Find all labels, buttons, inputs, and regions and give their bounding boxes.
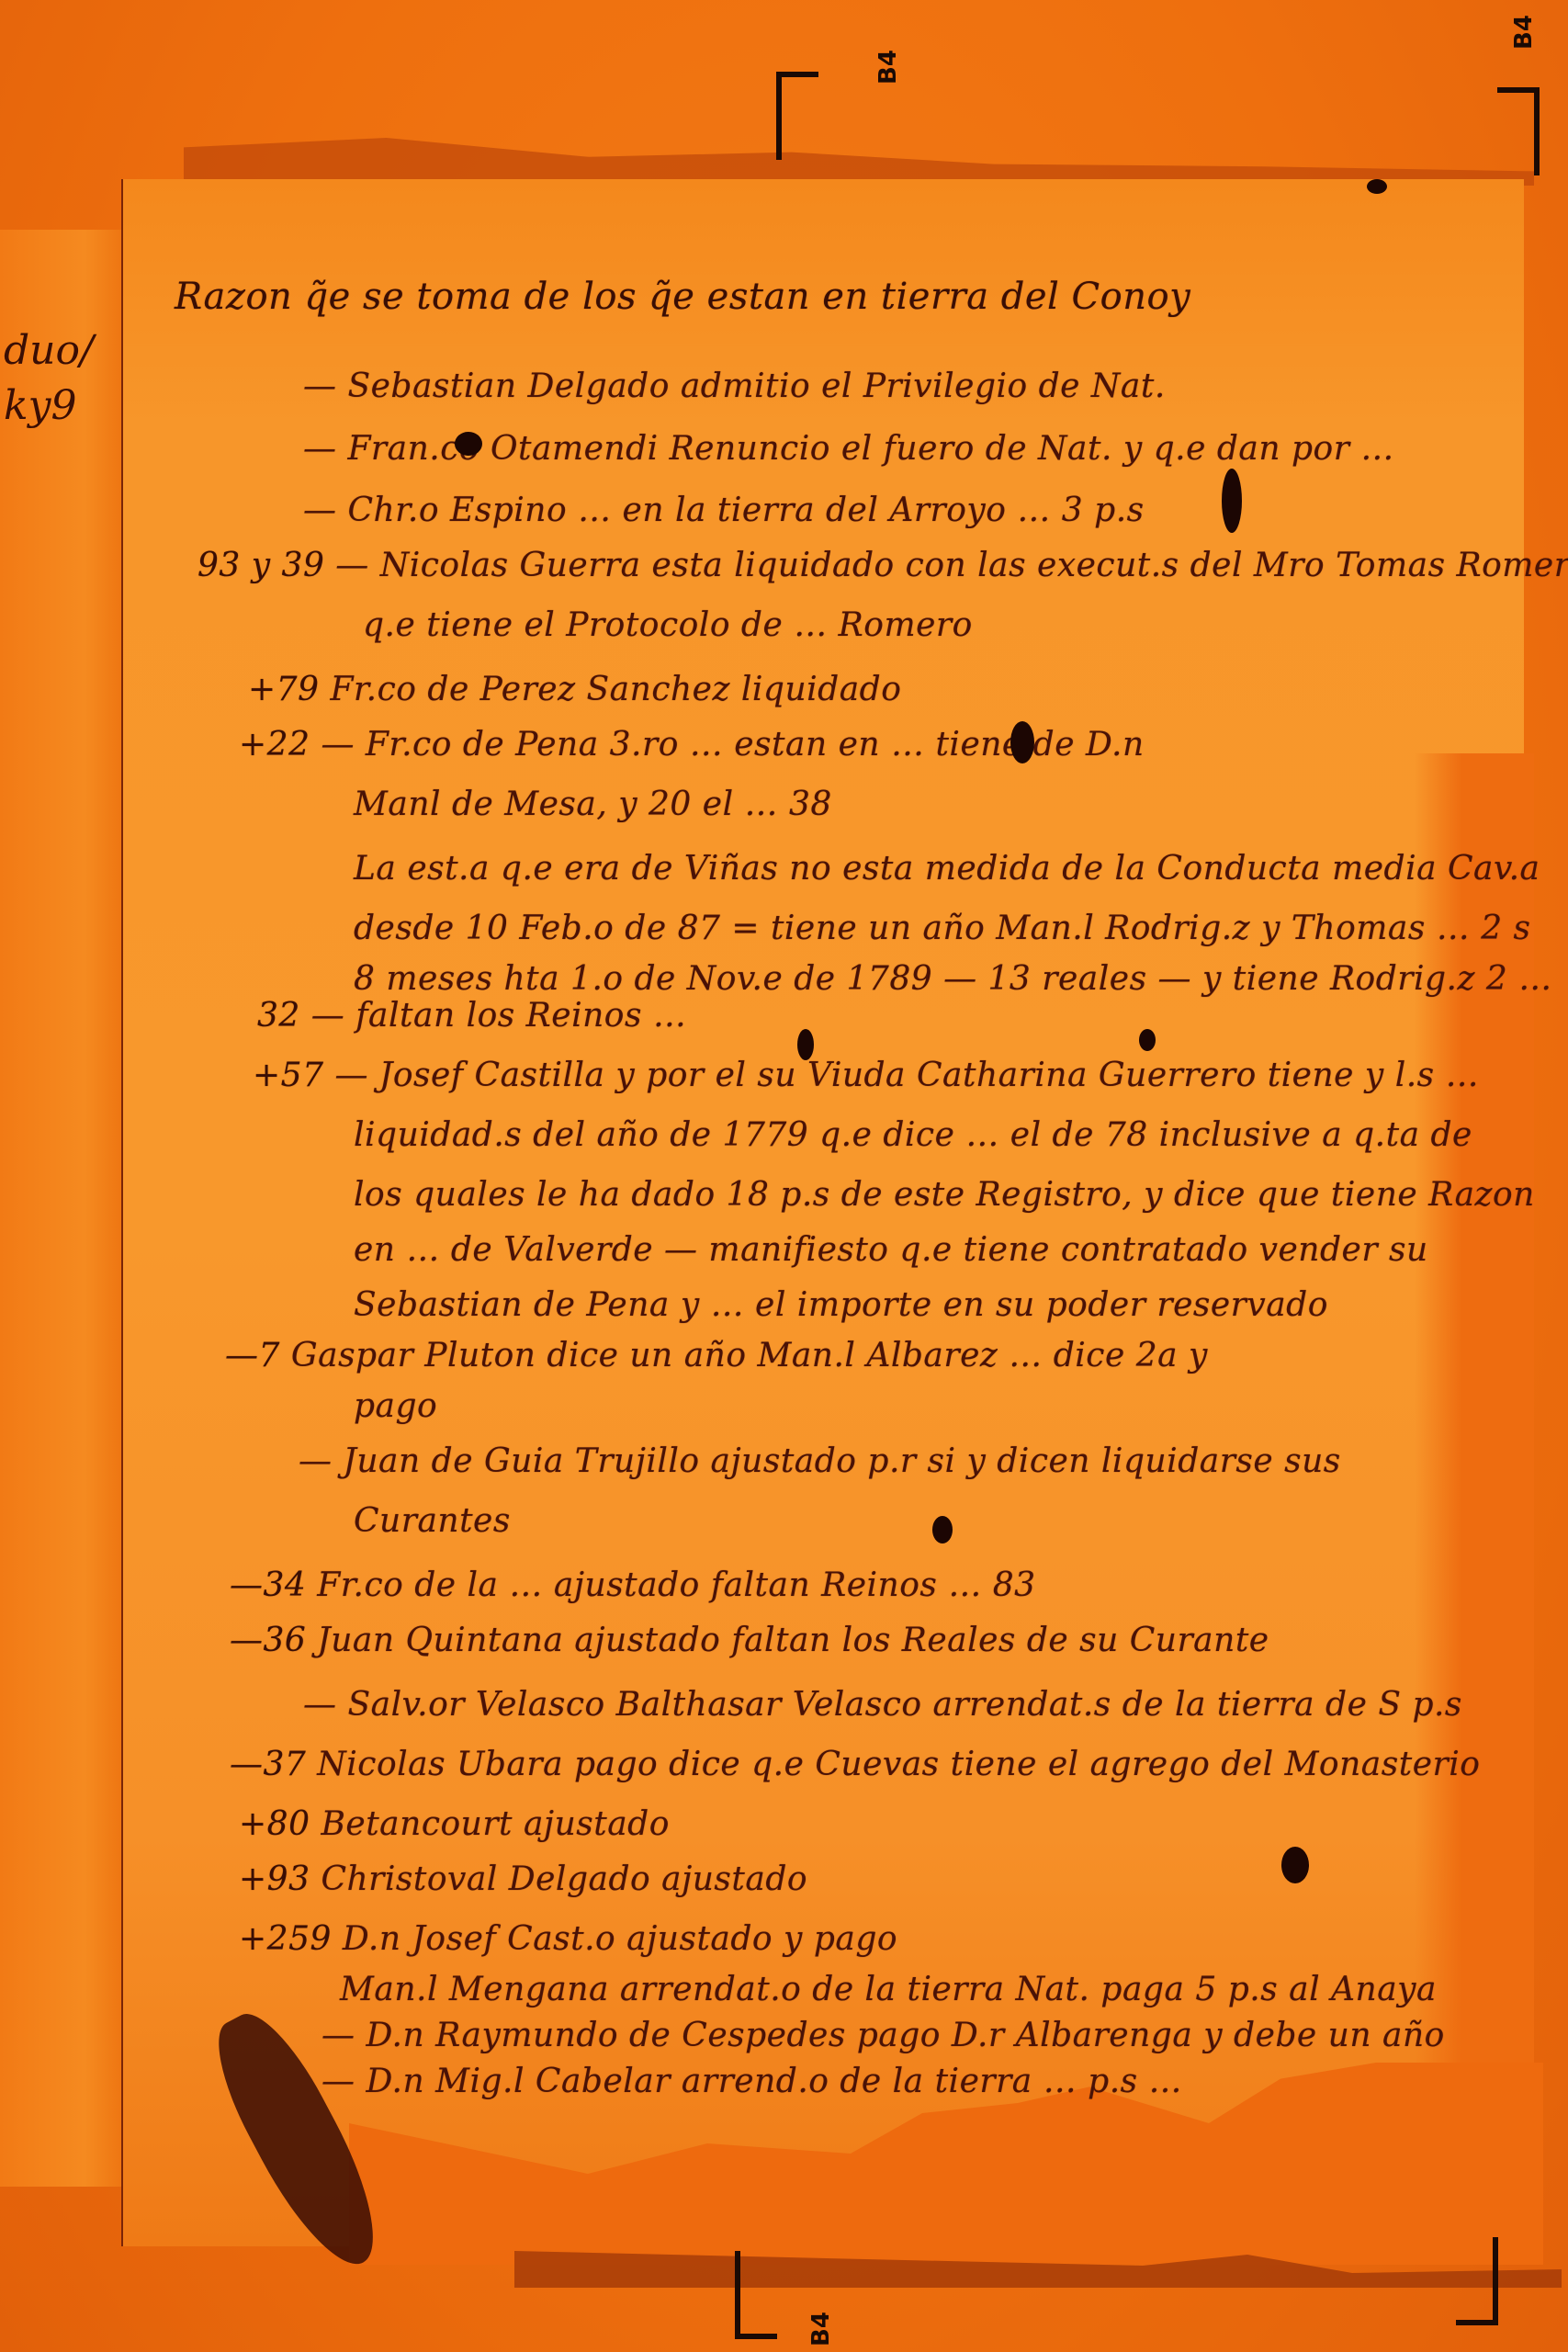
facing-page-fragment: ky9 — [4, 386, 77, 426]
ink-blot — [1222, 469, 1242, 533]
facing-page: duo/ ky9 — [0, 230, 124, 2187]
ink-blot — [1010, 721, 1034, 763]
entry-number: +259 — [239, 1920, 332, 1958]
entry-line: — Salv.or Velasco Balthasar Velasco arre… — [303, 1686, 1462, 1724]
entry-line: 8 meses hta 1.o de Nov.e de 1789 — 13 re… — [354, 960, 1552, 998]
entry-line: +22 — Fr.co de Pena 3.ro … estan en … ti… — [239, 726, 1145, 763]
entry-number: +80 — [239, 1805, 310, 1843]
entry-line: Curantes — [354, 1502, 511, 1540]
crop-label-top-left: B4 — [874, 50, 902, 85]
entry-line: —7 Gaspar Pluton dice un año Man.l Albar… — [225, 1337, 1208, 1374]
manuscript-title: Razon q̃e se toma de los q̃e estan en ti… — [175, 276, 1190, 318]
entry-line: Manl de Mesa, y 20 el … 38 — [354, 786, 832, 823]
entry-line: q.e tiene el Protocolo de … Romero — [363, 606, 973, 644]
entry-number: —34 — [230, 1566, 306, 1604]
entry-line: Man.l Mengana arrendat.o de la tierra Na… — [340, 1971, 1437, 2008]
entry-line: — D.n Mig.l Cabelar arrend.o de la tierr… — [321, 2063, 1182, 2100]
entry-line: — Juan de Guia Trujillo ajustado p.r si … — [299, 1442, 1341, 1480]
entry-number: +93 — [239, 1860, 310, 1898]
entry-number: +22 — [239, 726, 310, 763]
entry-line: 32 — faltan los Reinos … — [257, 997, 686, 1035]
entry-line: +79 Fr.co de Perez Sanchez liquidado — [248, 671, 901, 708]
entry-line: Sebastian de Pena y … el importe en su p… — [354, 1286, 1328, 1324]
entry-line: —34 Fr.co de la … ajustado faltan Reinos… — [230, 1566, 1036, 1604]
entry-number: 93 y 39 — [197, 547, 324, 584]
entry-line: +57 — Josef Castilla y por el su Viuda C… — [253, 1057, 1479, 1094]
entry-line: +93 Christoval Delgado ajustado — [239, 1860, 807, 1898]
entry-number: —7 — [225, 1337, 280, 1374]
entry-line: La est.a q.e era de Viñas no esta medida… — [354, 850, 1540, 888]
crop-mark-top-left — [776, 72, 818, 160]
entry-line: —36 Juan Quintana ajustado faltan los Re… — [230, 1622, 1269, 1659]
ink-blot — [797, 1029, 814, 1060]
crop-label-top-right: B4 — [1510, 15, 1538, 50]
entry-line: liquidad.s del año de 1779 q.e dice … el… — [354, 1116, 1472, 1154]
entry-line: —37 Nicolas Ubara pago dice q.e Cuevas t… — [230, 1746, 1480, 1783]
entry-number: +79 — [248, 671, 319, 708]
entry-line: — Chr.o Espino … en la tierra del Arroyo… — [303, 492, 1145, 529]
entry-number: 32 — [257, 997, 300, 1035]
entry-number: +57 — [253, 1057, 323, 1094]
ink-blot — [455, 432, 482, 456]
entry-number: —36 — [230, 1622, 306, 1659]
crop-mark-top-right — [1497, 87, 1540, 175]
crop-label-bottom-left: B4 — [807, 2312, 835, 2346]
entry-line: pago — [354, 1387, 437, 1425]
entry-line: +80 Betancourt ajustado — [239, 1805, 670, 1843]
entry-line: — D.n Raymundo de Cespedes pago D.r Alba… — [321, 2017, 1445, 2054]
ink-blot — [1281, 1847, 1309, 1883]
crop-mark-bottom-left — [735, 2251, 777, 2339]
entry-line: +259 D.n Josef Cast.o ajustado y pago — [239, 1920, 897, 1958]
entry-line: desde 10 Feb.o de 87 = tiene un año Man.… — [354, 910, 1531, 947]
entry-number: —37 — [230, 1746, 306, 1783]
ink-blot — [1367, 179, 1387, 194]
entry-line: los quales le ha dado 18 p.s de este Reg… — [354, 1176, 1535, 1214]
ink-blot — [1139, 1029, 1156, 1051]
crop-mark-bottom-right — [1456, 2237, 1498, 2325]
entry-line: — Sebastian Delgado admitio el Privilegi… — [303, 367, 1166, 405]
page-damage-right — [1415, 753, 1534, 2076]
ink-blot — [932, 1516, 953, 1543]
entry-line: en … de Valverde — manifiesto q.e tiene … — [354, 1231, 1428, 1269]
facing-page-fragment: duo/ — [4, 331, 94, 371]
entry-line: 93 y 39 — Nicolas Guerra esta liquidado … — [197, 547, 1568, 584]
